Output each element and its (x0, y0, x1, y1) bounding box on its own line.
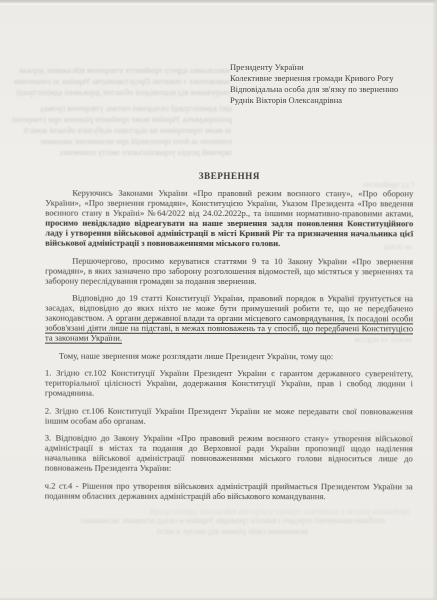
paragraph: Керуючись Законами України «Про правовий… (45, 188, 413, 249)
bleedthrough-text-block: особами визначеної передачі і вимоги гро… (35, 515, 430, 537)
bleedthrough-line: цієї адміністрації складених питань утво… (8, 103, 232, 114)
bleedthrough-line: окремий розділ управлінського змісту озн… (8, 147, 232, 158)
paragraph-segment: 2. Згідно ст.106 Конституції України Пре… (45, 405, 413, 425)
paragraph: ч.2 ст.4 - Рішення про утворення військо… (45, 480, 413, 501)
bleedthrough-text-block: начальника адресу прийняття утворення ві… (8, 65, 230, 98)
addressee-line: Відповідальна особа для зв'язку по зверн… (230, 84, 422, 95)
paragraph: 2. Згідно ст.106 Конституції України Пре… (45, 405, 413, 426)
addressee-line: Колективне звернення громади Кривого Рог… (230, 73, 422, 84)
paragraph: Першочергово, просимо керуватися статтям… (45, 255, 413, 286)
paragraph-segment: Тому, наше звернення може розглядати лиш… (59, 350, 333, 361)
addressee-line: Руднік Вікторія Олександрівна (230, 95, 422, 106)
bleedthrough-line: визначення своїх рішень від послуг в міс… (35, 526, 430, 537)
paragraph-segment: Першочергово, просимо керуватися статтям… (45, 255, 413, 285)
paragraph-segment: 1. Згідно ст.102 Конституції України Пре… (45, 368, 413, 398)
bleedthrough-line: означено за його пропозицій при визначен… (8, 136, 232, 147)
paragraph: Відповідно до 19 статті Конституції Укра… (45, 293, 413, 344)
bleedthrough-line: розпоряджень України може приймати рішен… (8, 114, 232, 125)
bleedthrough-line: за яким територіями на підставах відбули… (8, 125, 232, 136)
bleedthrough-fragment: приймання рішень в означених справах утв… (60, 507, 410, 517)
bleedthrough-line: особами визначеної передачі і вимоги гро… (35, 515, 430, 526)
scanned-document-page: начальника адресу прийняття утворення ві… (0, 0, 437, 600)
bleedthrough-text-block: цієї адміністрації складених питань утво… (8, 103, 232, 158)
paragraph: Тому, наше звернення може розглядати лиш… (45, 350, 413, 361)
document-paragraphs: Керуючись Законами України «Про правовий… (45, 188, 414, 501)
document-title: ЗВЕРНЕННЯ (45, 171, 413, 182)
document-body: ЗВЕРНЕННЯ Керуючись Законами України «Пр… (45, 171, 414, 509)
bleedthrough-line: начальника адресу прийняття утворення ві… (8, 65, 230, 76)
paragraph-segment: Керуючись Законами України «Про правовий… (45, 188, 413, 219)
paragraph: 3. Відповідно до Закону України «Про пра… (45, 433, 413, 474)
paragraph-segment: просимо невідкладно відреагувати на наше… (45, 218, 413, 248)
addressee-line: Президенту України (230, 62, 422, 73)
bleedthrough-line: замовлених з повагою Представництва Укра… (8, 76, 230, 87)
scan-right-edge (432, 0, 437, 600)
scan-top-edge (0, 0, 437, 5)
paragraph: 1. Згідно ст.102 Конституції України Пре… (45, 368, 413, 399)
paragraph-segment: 3. Відповідно до Закону України «Про пра… (45, 433, 413, 473)
bleedthrough-line: скерування від відповідної обласної держ… (8, 87, 230, 98)
paragraph-segment: ч.2 ст.4 - Рішення про утворення військо… (45, 480, 413, 501)
addressee-block: Президенту УкраїниКолективне звернення г… (230, 62, 422, 106)
